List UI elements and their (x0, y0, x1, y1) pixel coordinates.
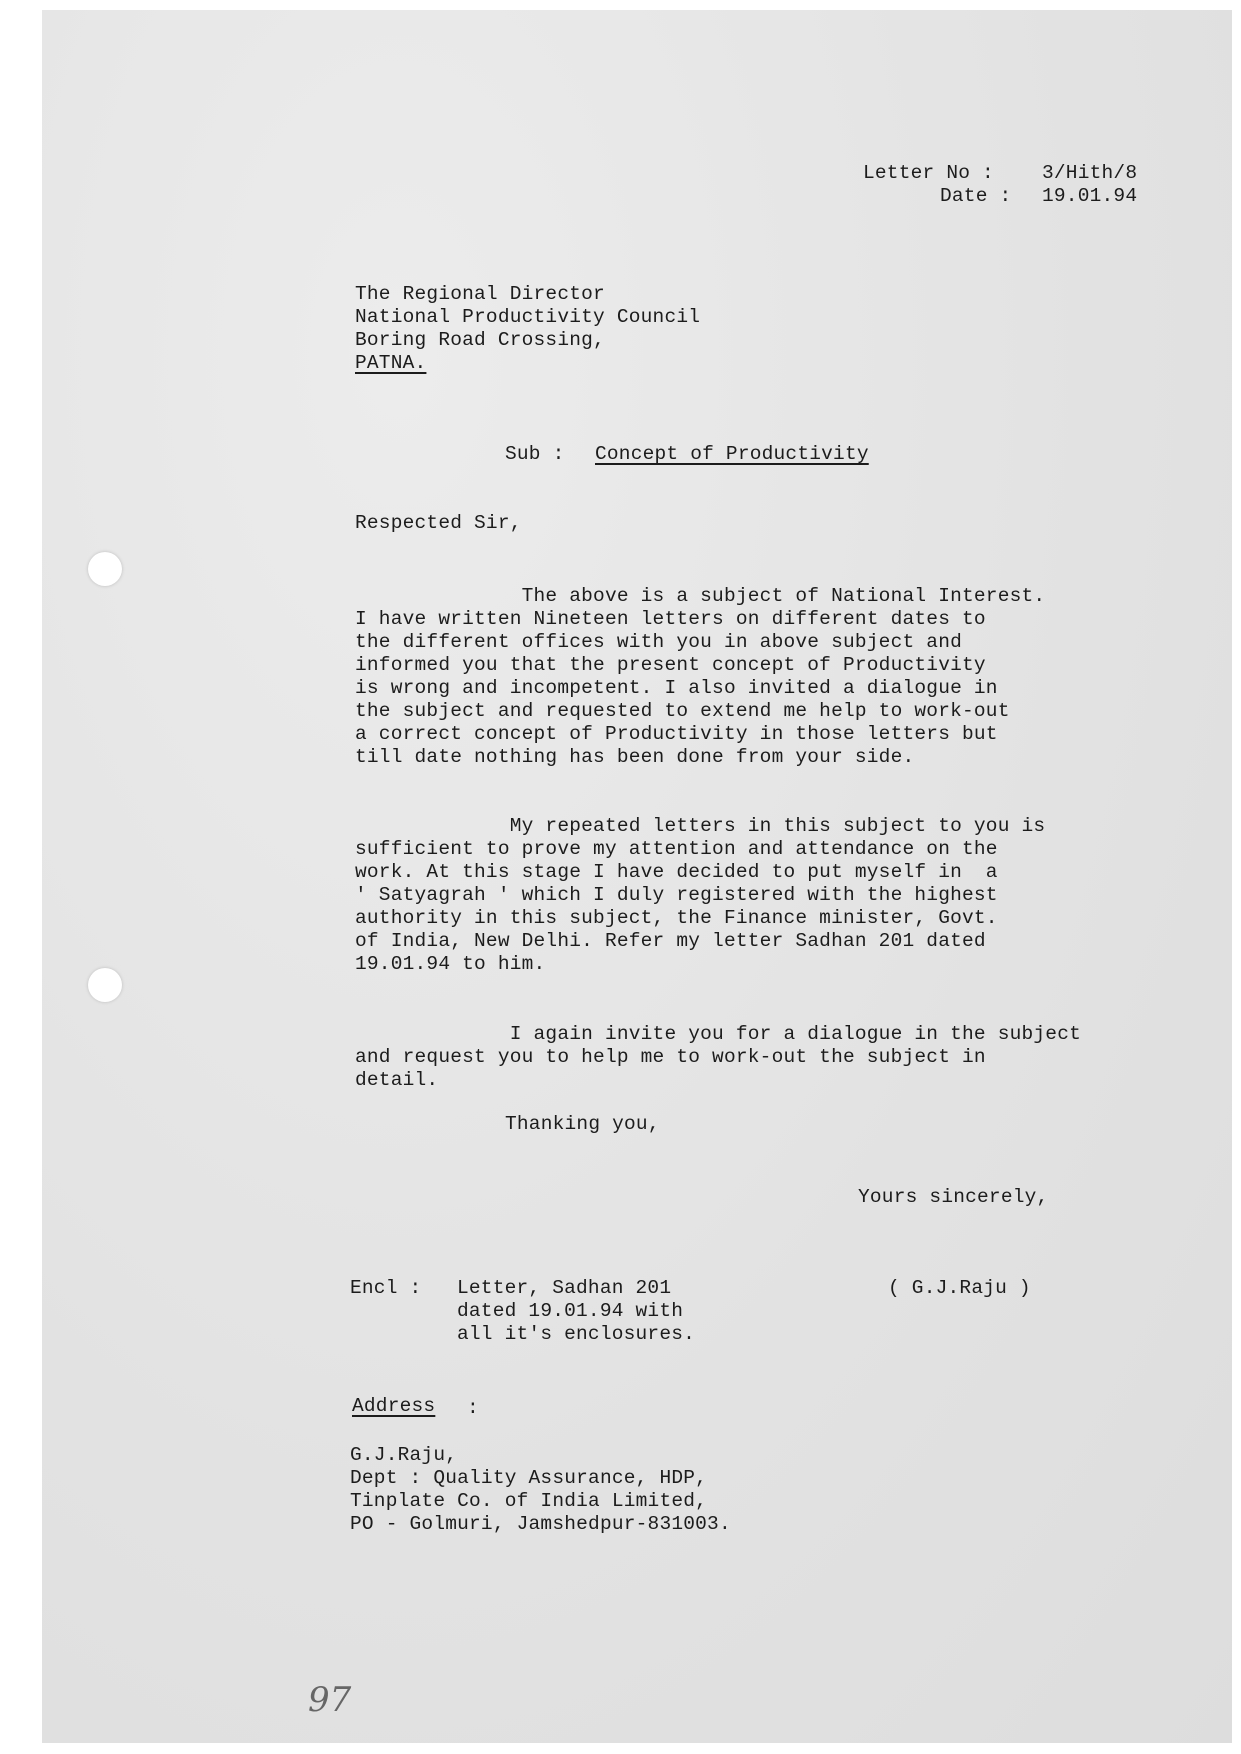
letter-no-label: Letter No : (863, 162, 994, 185)
body-line: My repeated letters in this subject to y… (355, 815, 1045, 838)
date-label: Date : (940, 185, 1011, 208)
punch-hole (88, 968, 122, 1002)
recipient-line: The Regional Director (355, 283, 605, 306)
body-line: is wrong and incompetent. I also invited… (355, 677, 998, 700)
address-colon: : (467, 1397, 479, 1420)
body-line: the different offices with you in above … (355, 631, 962, 654)
enclosure-line: dated 19.01.94 with (457, 1300, 683, 1323)
body-line: work. At this stage I have decided to pu… (355, 861, 998, 884)
recipient-line: Boring Road Crossing, (355, 329, 605, 352)
body-line: a correct concept of Productivity in tho… (355, 723, 998, 746)
punch-hole (88, 552, 122, 586)
salutation: Respected Sir, (355, 512, 522, 535)
handwritten-page-number: 97 (308, 1680, 351, 1720)
body-line: informed you that the present concept of… (355, 654, 986, 677)
body-line: and request you to help me to work-out t… (355, 1046, 986, 1069)
enclosure-line: Letter, Sadhan 201 (457, 1277, 671, 1300)
recipient-city: PATNA. (355, 352, 426, 375)
recipient-line: National Productivity Council (355, 306, 700, 329)
body-line: I again invite you for a dialogue in the… (355, 1023, 1081, 1046)
closing-thanks: Thanking you, (505, 1113, 660, 1136)
address-label: Address (352, 1395, 435, 1418)
address-line: PO - Golmuri, Jamshedpur-831003. (350, 1513, 731, 1536)
body-line: detail. (355, 1069, 438, 1092)
letter-date: 19.01.94 (1042, 185, 1137, 208)
body-line: The above is a subject of National Inter… (355, 585, 1045, 608)
address-line: Dept : Quality Assurance, HDP, (350, 1467, 707, 1490)
address-line: Tinplate Co. of India Limited, (350, 1490, 707, 1513)
body-line: 19.01.94 to him. (355, 953, 545, 976)
body-line: till date nothing has been done from you… (355, 746, 914, 769)
enclosure-label: Encl : (350, 1277, 421, 1300)
letter-no: 3/Hith/8 (1042, 162, 1137, 185)
body-line: ' Satyagrah ' which I duly registered wi… (355, 884, 998, 907)
subject-text: Concept of Productivity (595, 443, 869, 466)
body-line: authority in this subject, the Finance m… (355, 907, 998, 930)
body-line: I have written Nineteen letters on diffe… (355, 608, 986, 631)
subject-label: Sub : (505, 443, 565, 466)
body-line: the subject and requested to extend me h… (355, 700, 1010, 723)
enclosure-line: all it's enclosures. (457, 1323, 695, 1346)
signatory-name: ( G.J.Raju ) (888, 1277, 1031, 1300)
closing-sign-off: Yours sincerely, (858, 1186, 1048, 1209)
body-line: sufficient to prove my attention and att… (355, 838, 998, 861)
address-line: G.J.Raju, (350, 1444, 457, 1467)
body-line: of India, New Delhi. Refer my letter Sad… (355, 930, 986, 953)
